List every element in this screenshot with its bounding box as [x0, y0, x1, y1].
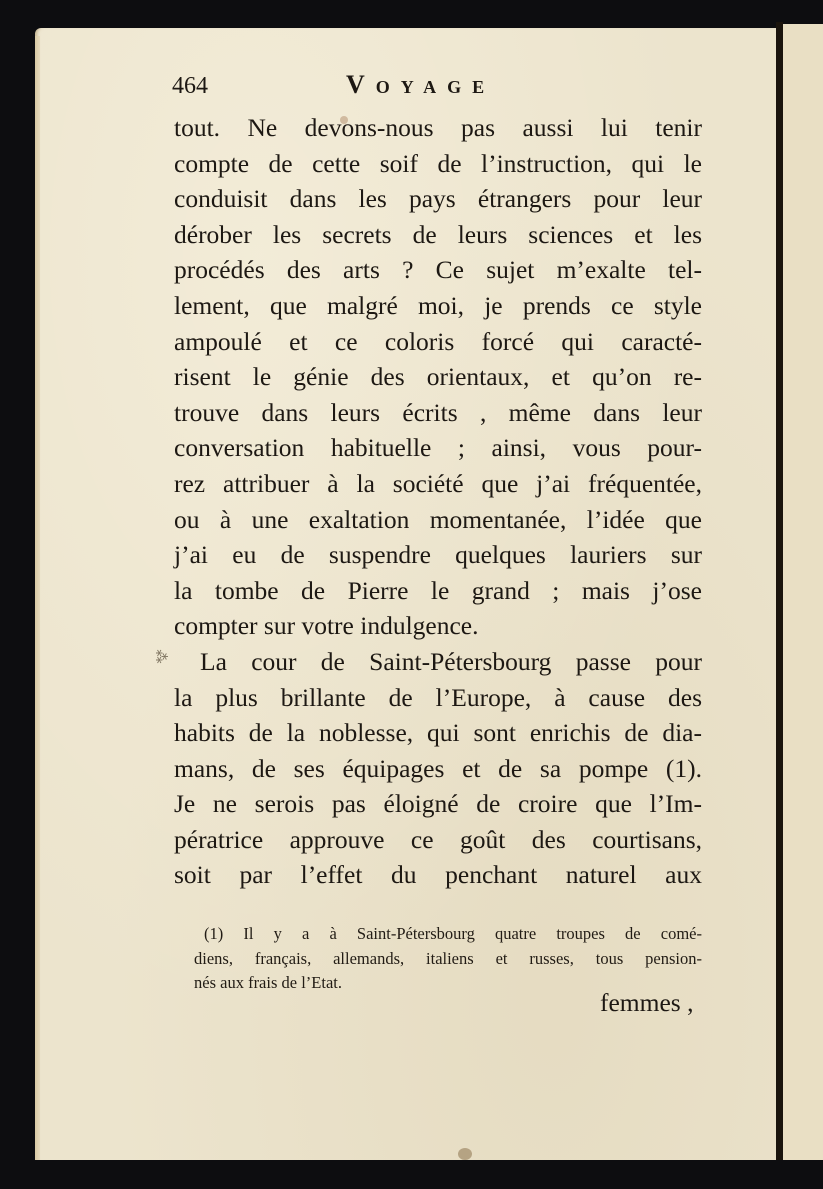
- foxing-spot: [458, 1148, 472, 1160]
- text-line: pératrice approuve ce goût des courtisan…: [174, 822, 702, 858]
- running-title: Voyage: [346, 70, 495, 100]
- text-line: lement, que malgré moi, je prends ce sty…: [174, 288, 702, 324]
- text-line: j’ai eu de suspendre quelques lauriers s…: [174, 537, 702, 573]
- text-line: tout. Ne devons-nous pas aussi lui tenir: [174, 110, 702, 146]
- text-line: mans, de ses équipages et de sa pompe (1…: [174, 751, 702, 787]
- text-line: compte de cette soif de l’instruction, q…: [174, 146, 702, 182]
- page-number: 464: [172, 73, 208, 100]
- text-line: trouve dans leurs écrits , même dans leu…: [174, 395, 702, 431]
- text-line: conversation habituelle ; ainsi, vous po…: [174, 430, 702, 466]
- text-line: habits de la noblesse, qui sont enrichis…: [174, 715, 702, 751]
- text-line: ou à une exaltation momentanée, l’idée q…: [174, 502, 702, 538]
- page-stack-edge: [35, 36, 40, 1161]
- text-line: conduisit dans les pays étrangers pour l…: [174, 181, 702, 217]
- footnote-line: diens, français, allemands, italiens et …: [194, 947, 702, 972]
- text-line: risent le génie des orientaux, et qu’on …: [174, 359, 702, 395]
- catchword: femmes ,: [600, 988, 693, 1018]
- bottom-shadow: [35, 1160, 823, 1189]
- book-gutter: [776, 22, 783, 1189]
- text-line: la plus brillante de l’Europe, à cause d…: [174, 680, 702, 716]
- body-text: tout. Ne devons-nous pas aussi lui tenir…: [174, 110, 702, 893]
- paragraph-end-line: compter sur votre indulgence.: [174, 608, 702, 644]
- text-line: la tombe de Pierre le grand ; mais j’ose: [174, 573, 702, 609]
- text-line: soit par l’effet du penchant naturel aux: [174, 857, 702, 893]
- footnote-line: (1) Il y a à Saint-Pétersbourg quatre tr…: [204, 922, 702, 947]
- text-line: dérober les secrets de leurs sciences et…: [174, 217, 702, 253]
- text-line: rez attribuer à la société que j’ai fréq…: [174, 466, 702, 502]
- text-line: Je ne serois pas éloigné de croire que l…: [174, 786, 702, 822]
- adjacent-page-edge: [783, 24, 823, 1164]
- margin-annotation: ⁂: [152, 650, 169, 664]
- running-header: 464 Voyage: [0, 70, 823, 104]
- paragraph-start-line: La cour de Saint-Pétersbourg passe pour: [174, 644, 702, 680]
- footnote: (1) Il y a à Saint-Pétersbourg quatre tr…: [204, 922, 702, 996]
- text-line: procédés des arts ? Ce sujet m’exalte te…: [174, 252, 702, 288]
- scanned-book-spread: 464 Voyage tout. Ne devons-nous pas auss…: [0, 0, 823, 1189]
- text-line: ampoulé et ce coloris forcé qui caracté-: [174, 324, 702, 360]
